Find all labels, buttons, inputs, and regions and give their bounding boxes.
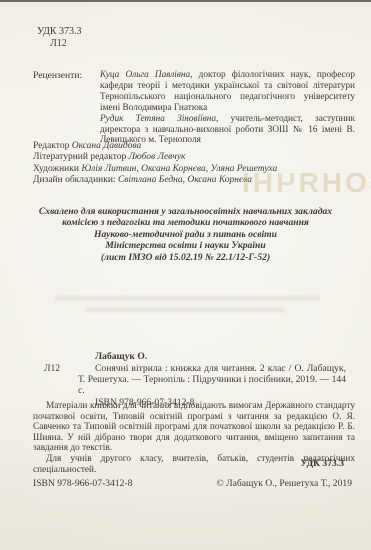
footer-copyright: © Лабащук О., Решетуха Т., 2019	[216, 478, 352, 489]
reviewer-name: Куца Ольга Павлівна	[100, 70, 190, 80]
book-imprint-page: { "udk_top": { "line1": "УДК 373.3", "li…	[0, 0, 371, 550]
staff-names: Світлана Бедна, Оксана Корнєва	[118, 175, 252, 185]
show-through-smudge	[85, 308, 285, 312]
staff-role: Художники	[33, 164, 81, 174]
staff-role: Редактор	[33, 141, 72, 151]
staff-names: Любов Левчук	[129, 152, 186, 162]
staff-names: Оксана Давидова	[72, 141, 142, 151]
annotation-paragraph: Матеріали книжки для читання відповідают…	[33, 401, 355, 454]
catalog-index: Л12	[44, 363, 60, 374]
udc-classification-bottom: УДК 373.3	[300, 458, 344, 469]
approval-line: Міністерства освіти і науки України	[18, 240, 353, 251]
footer-isbn: ISBN 978-966-07-3412-8	[33, 478, 132, 489]
scan-top-edge	[0, 0, 371, 2]
udc-classification-top: УДК 373.3 Л12	[37, 26, 82, 50]
reviewers-section: Рецензенти: Куца Ольга Павлівна, доктор …	[33, 70, 355, 146]
reviewer-entry: Куца Ольга Павлівна, доктор філологічних…	[100, 70, 355, 114]
catalog-author: Лабащук О.	[95, 351, 147, 362]
approval-statement: Схвалено для використання у загальноосві…	[0, 206, 371, 263]
approval-line: Схвалено для використання у загальноосві…	[18, 206, 353, 217]
author-sign: Л12	[37, 38, 82, 50]
show-through-smudge	[55, 296, 320, 300]
reviewer-name: Рудик Тетяна Зіновіївна	[100, 114, 216, 124]
udc-number: УДК 373.3	[37, 26, 82, 38]
staff-line: Редактор Оксана Давидова	[33, 141, 277, 152]
reviewers-label: Рецензенти:	[33, 70, 100, 146]
approval-line: Науково-методичної ради з питань освіти	[18, 229, 353, 240]
catalog-entry: Сонячні вітрила : книжка для читання. 2 …	[78, 363, 346, 397]
staff-role: Літературний редактор	[33, 152, 129, 162]
approval-line: комісією з педагогіки та методики початк…	[18, 217, 353, 228]
staff-role: Дизайн обкладинки:	[33, 175, 118, 185]
show-through-title-watermark: СОНЯЧНІ	[239, 167, 371, 199]
approval-line: (лист ІМЗО від 15.02.19 № 22.1/12-Г-52)	[18, 252, 353, 263]
staff-line: Літературний редактор Любов Левчук	[33, 152, 277, 163]
